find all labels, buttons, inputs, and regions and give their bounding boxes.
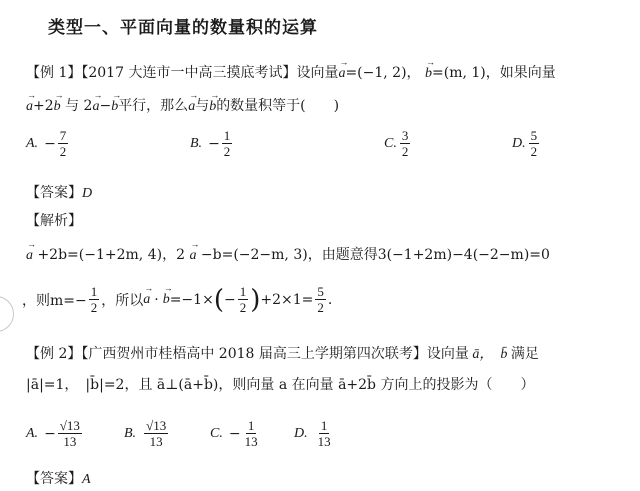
example2-option-c: C.−113 [210,418,262,449]
example1-analysis-line2: ，则m=− 12 ，所以a ·b =−1× (−12) +2×1= 52. [22,284,332,315]
example1-analysis-line1: a +2b=(−1+2m, 4)，2 a −b=(−2−m, 3)，由题意得3(… [26,244,550,264]
example2-option-a: A.−√1313 [26,418,84,449]
example1-option-b: B.−12 [190,128,234,159]
example1-option-c: C.32 [384,128,412,159]
example2-option-d: D.113 [294,418,335,449]
vector-a: a [338,66,345,82]
vector-b: b [425,66,432,82]
example1-question-line1: 【例 1】【2017 大连市一中高三摸底考试】设向量a=(−1, 2)， b=(… [26,62,556,82]
example2-answer: 【答案】A [26,468,91,488]
example1-option-d: D.52 [512,128,541,159]
example1-option-a: A.−72 [26,128,70,159]
example1-source: 【2017 大连市一中高三摸底考试】 [81,65,296,81]
example2-option-b: B.√1313 [124,418,170,449]
example2-tag: 【例 2】 [26,346,81,362]
example1-tag: 【例 1】 [26,65,81,81]
decorative-circle [0,296,14,332]
example2-source: 【广西贺州市桂梧高中 2018 届高三上学期第四次联考】 [81,346,427,362]
example1-question-line2: a+2b 与 2a−b平行，那么a与b的数量积等于( ) [26,95,339,115]
section-title: 类型一、平面向量的数量积的运算 [48,13,318,38]
example1-answer: 【答案】D [26,182,92,202]
example2-question-line1: 【例 2】【广西贺州市桂梧高中 2018 届高三上学期第四次联考】设向量 ā， … [26,343,539,363]
example2-question-line2: |ā|=1， |b̄|=2，且 ā⊥(ā+b̄)，则向量 a 在向量 ā+2b̄… [26,374,534,394]
example1-analysis-label: 【解析】 [26,210,82,230]
